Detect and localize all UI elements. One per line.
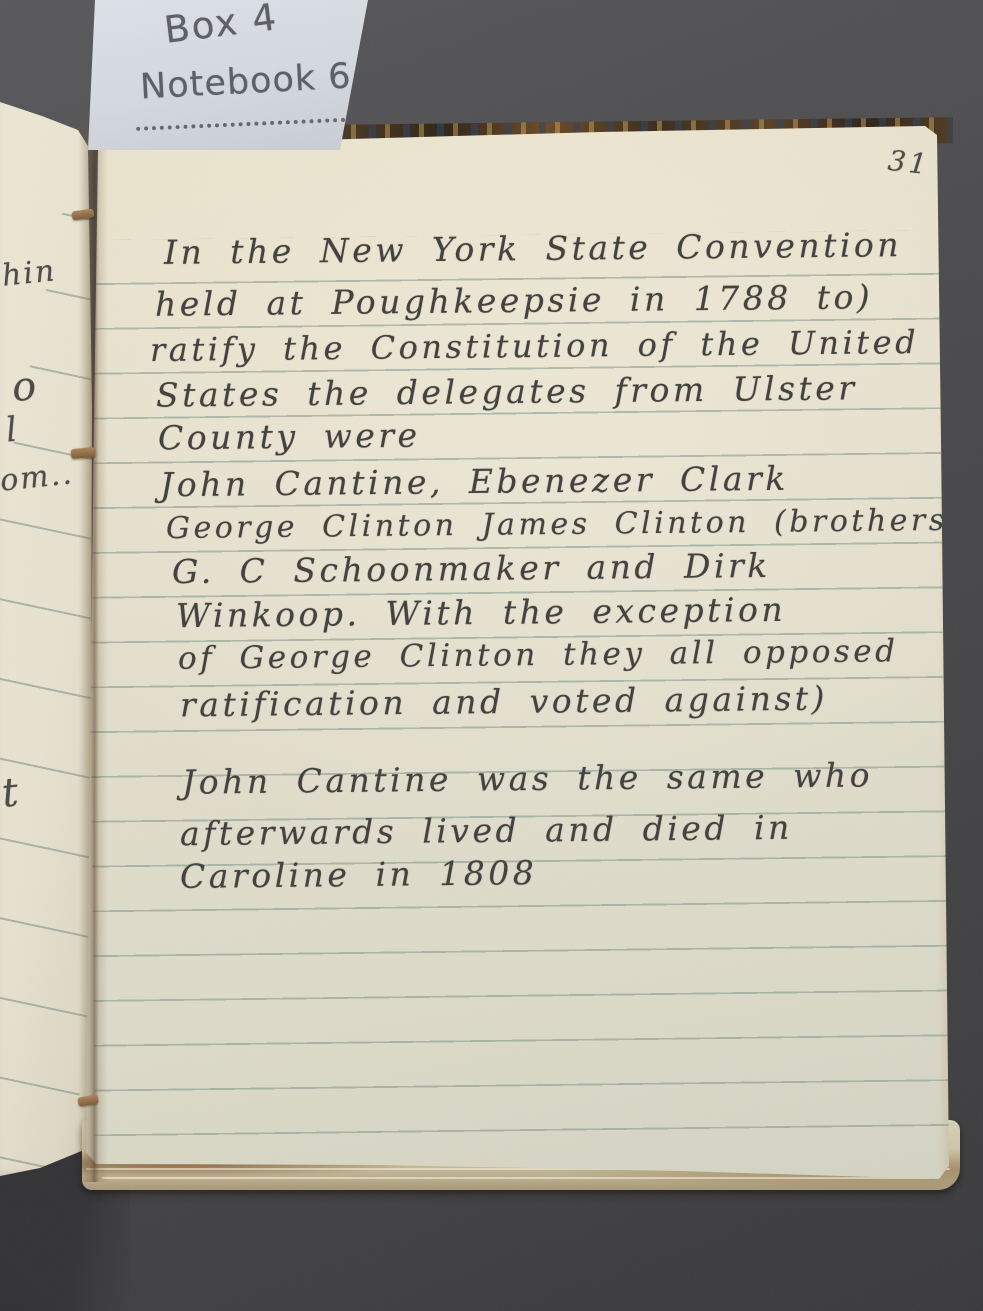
binding-seam	[78, 120, 108, 1182]
handwritten-line: John Cantine, Ebenezer Clark	[160, 462, 789, 502]
page-edge-line	[102, 1177, 930, 1179]
handwritten-line: afterwards lived and died in	[180, 811, 793, 850]
sticky-note: Box 4 Notebook 6	[88, 0, 373, 150]
handwritten-line: County were	[158, 419, 421, 455]
handwritten-line: ratify the Constitution of the United	[150, 326, 919, 366]
handwritten-line: States the delegates from Ulster	[156, 371, 858, 411]
handwriting-fragment: o	[10, 363, 41, 411]
handwriting-fragment: hin	[0, 253, 58, 293]
page-edge-wear	[938, 126, 956, 1176]
handwritten-line: In the New York State Convention	[164, 228, 902, 269]
handwritten-line: of George Clinton they all opposed	[178, 636, 899, 675]
notebook-photo: hin o l om.. t 31 In the New York State …	[0, 0, 983, 1311]
handwritten-line: G. C Schoonmaker and Dirk	[172, 549, 771, 588]
handwritten-line: George Clinton James Clinton (brothers	[166, 506, 948, 544]
handwritten-line: held at Poughkeepsie in 1788 to)	[155, 280, 874, 321]
handwritten-line: Caroline in 1808	[180, 856, 538, 893]
main-page: 31 In the New York State Convention held…	[80, 120, 970, 1200]
handwritten-line: Winkoop. With the exception	[176, 593, 786, 632]
handwritten-line: ratification and voted against)	[180, 682, 828, 722]
note-notebook-label: Notebook 6	[139, 56, 352, 107]
note-box-label: Box 4	[162, 0, 280, 52]
note-underline	[136, 111, 361, 131]
handwritten-line: John Cantine was the same who	[182, 758, 873, 798]
page-number: 31	[886, 144, 931, 181]
